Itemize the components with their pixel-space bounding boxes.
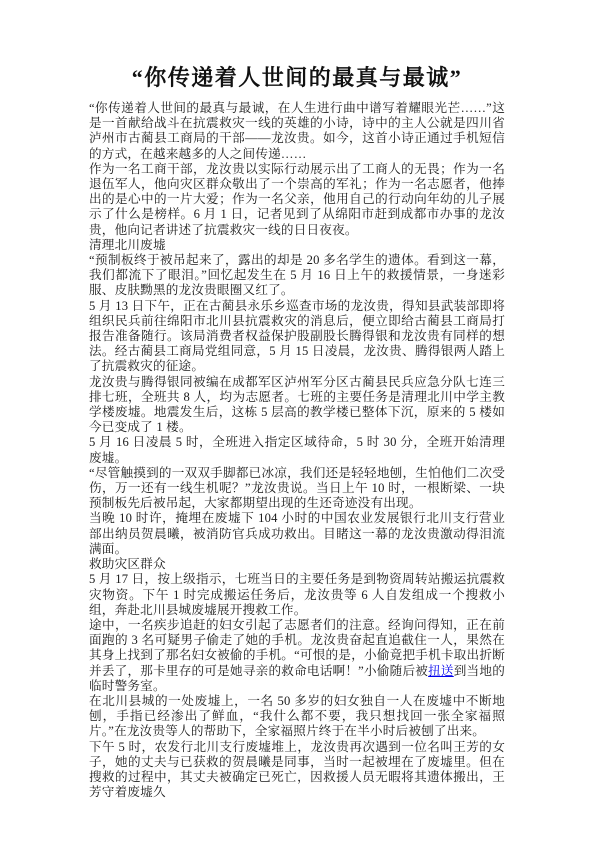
section-heading-rescue: 救助灾区群众 <box>89 557 505 572</box>
document-title: “你传递着人世间的最真与最诚” <box>89 64 505 92</box>
section-heading-cleanup: 清理北川废墟 <box>89 238 505 253</box>
rescue-theft-paragraph: 途中，一名疾步追赶的妇女引起了志愿者们的注意。经询问得知，正在前面跑的 3 名可… <box>89 618 505 694</box>
document-page: “你传递着人世间的最真与最诚” “你传递着人世间的最真与最诚，在人生进行曲中谱写… <box>0 0 595 842</box>
cleanup-paragraph-4: 5 月 16 日凌晨 5 时，全班进入指定区域待命，5 时 30 分，全班开始清… <box>89 435 505 465</box>
cleanup-paragraph-3: 龙汝贵与腾得银同被编在成都军区泸州军分区古蔺县民兵应急分队七连三排七班，全班共 … <box>89 375 505 436</box>
cleanup-paragraph-5: “尽管触摸到的一双双手脚都已冰凉，我们还是轻轻地刨，生怕他们二次受伤，万一还有一… <box>89 466 505 512</box>
cleanup-paragraph-2: 5 月 13 日下午，正在古蔺县永乐乡巡查市场的龙汝贵，得知县武装部即将组织民兵… <box>89 299 505 375</box>
document-body: “你传递着人世间的最真与最诚，在人生进行曲中谱写着耀眼光芒……”这是一首献给战斗… <box>89 101 505 800</box>
cleanup-paragraph-1: “预制板终于被吊起来了，露出的却是 20 多名学生的遗体。看到这一幕，我们都流下… <box>89 253 505 299</box>
rescue-photo-paragraph: 在北川县城的一处废墟上，一名 50 多岁的妇女独自一人在废墟中不断地刨，手指已经… <box>89 694 505 740</box>
rescue-wangfang-paragraph: 下午 5 时，农发行北川支行废墟堆上，龙汝贵再次遇到一位名叫王芳的女子，她的丈夫… <box>89 740 505 801</box>
cleanup-paragraph-6: 当晚 10 时许，掩埋在废墟下 104 小时的中国农业发展银行北川支行营业部出纳… <box>89 511 505 557</box>
rescue-supplies-paragraph: 5 月 17 日，按上级指示，七班当日的主要任务是到物资周转站搬运抗震救灾物资。… <box>89 572 505 618</box>
niusong-hyperlink[interactable]: 扭送 <box>428 664 454 678</box>
lead-paragraph-2: 作为一名工商干部，龙汝贵以实际行动展示出了工商人的无畏；作为一名退伍军人，他向灾… <box>89 162 505 238</box>
lead-paragraph-1: “你传递着人世间的最真与最诚，在人生进行曲中谱写着耀眼光芒……”这是一首献给战斗… <box>89 101 505 162</box>
